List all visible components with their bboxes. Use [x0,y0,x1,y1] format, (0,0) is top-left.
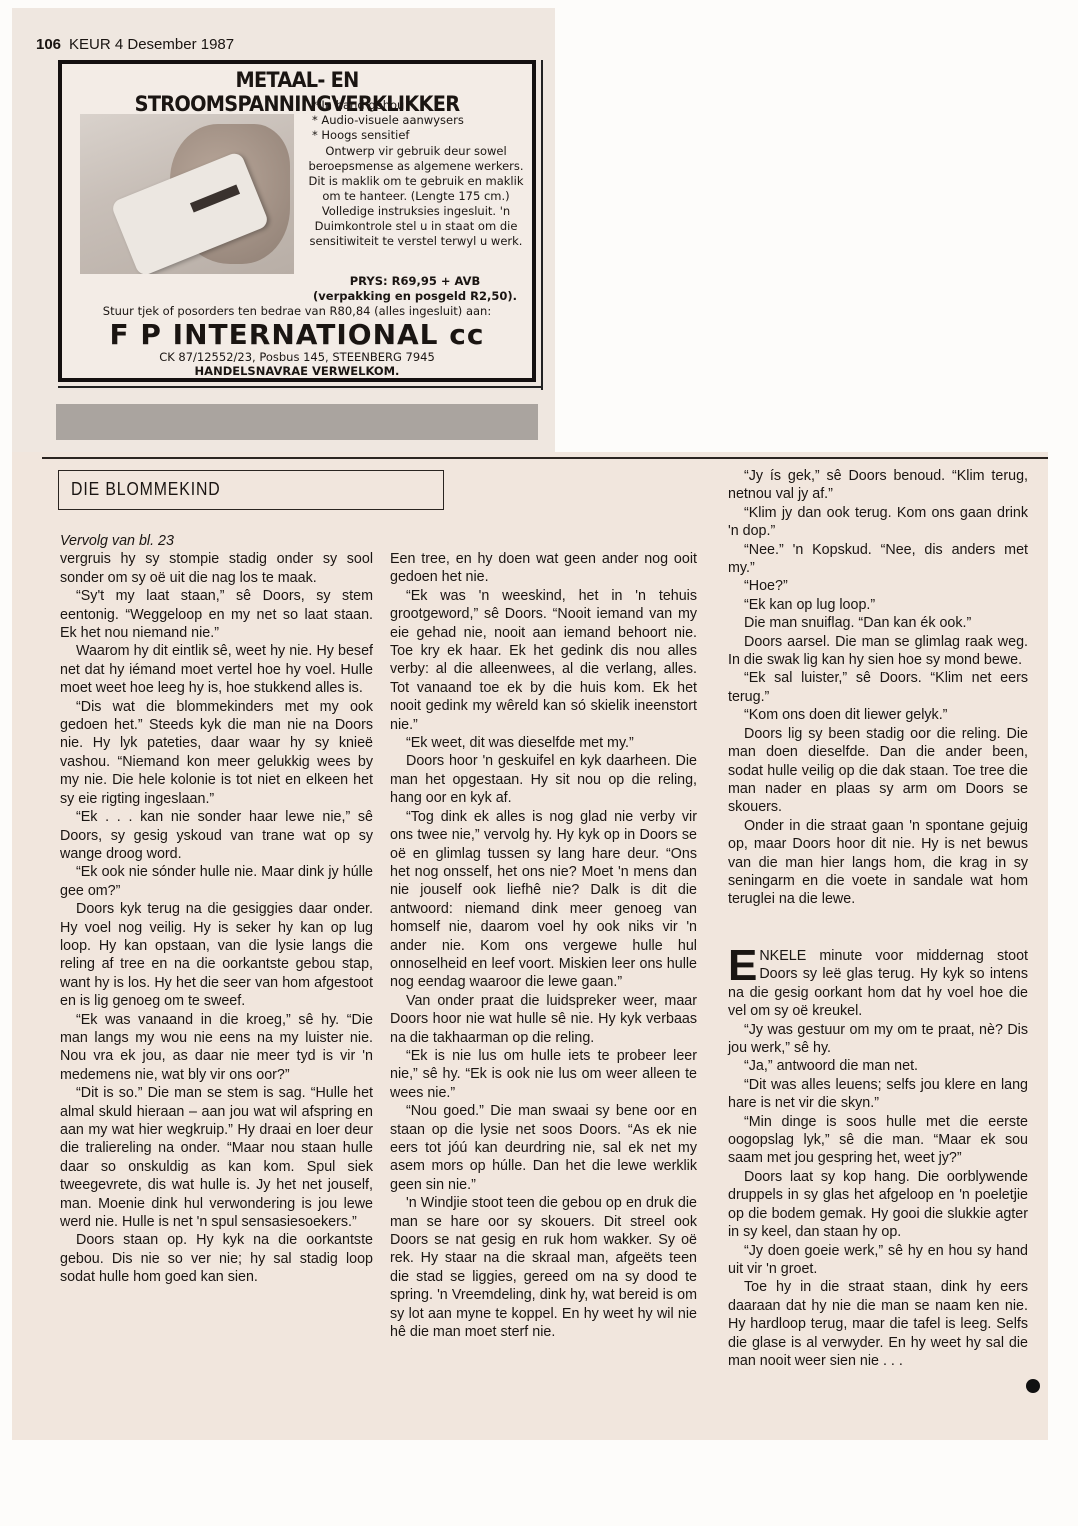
continued-from: Vervolg van bl. 23 [60,532,373,550]
story-column-2: Een tree, en hy doen wat geen ander nog … [390,550,697,1341]
drop-cap: E [728,949,757,983]
paragraph: “Ek was vanaand in die kroeg,” sê hy. “D… [60,1011,373,1085]
paragraph: “Ek . . . kan nie sonder haar lewe nie,”… [60,808,373,863]
ad-address: CK 87/12552/23, Posbus 145, STEENBERG 79… [62,350,532,364]
paragraph: “Ek was 'n weeskind, het in 'n tehuis gr… [390,587,697,734]
paragraph: Doors aarsel. Die man se glimlag raak we… [728,633,1028,670]
story-column-1: Vervolg van bl. 23 vergruis hy sy stompi… [60,532,373,1287]
story-column-3: “Jy ís gek,” sê Doors benoud. “Klim teru… [728,467,1028,909]
story-section-2: ENKELE minute voor middernag stoot Doors… [728,947,1028,1370]
paragraph: “Tog dink ek alles is nog glad nie verby… [390,808,697,992]
paragraph: “Ek kan op lug loop.” [728,596,1028,614]
paragraph: “Nou goed.” Die man swaai sy bene oor en… [390,1102,697,1194]
paragraph: “Ek weet, dit was dieselfde met my.” [390,734,697,752]
ad-border-rule [541,60,543,390]
ad-price: PRYS: R69,95 + AVB (verpakking en posgel… [292,274,538,304]
end-of-story-bullet-icon [1026,1379,1040,1393]
price-line: PRYS: R69,95 + AVB [292,274,538,289]
paragraph: “Ek is nie lus om hulle iets te probeer … [390,1047,697,1102]
paragraph: “Hoe?” [728,577,1028,595]
paragraph: Doors laat sy kop hang. Die oorblywende … [728,1168,1028,1242]
section-divider [42,457,1048,459]
paragraph: “Nee.” 'n Kopskud. “Nee, dis anders met … [728,541,1028,578]
ad-order-text: Stuur tjek of posorders ten bedrae van R… [62,304,532,318]
story-title-box: DIE BLOMMEKIND [58,470,444,510]
ad-trade-note: HANDELSNAVRAE VERWELKOM. [62,364,532,378]
paragraph: “Ek sal luister,” sê Doors. “Klim net ee… [728,669,1028,706]
product-photo [80,114,294,274]
publication-date: KEUR 4 Desember 1987 [69,36,234,53]
paragraph: “Klim jy dan ook terug. Kom ons gaan dri… [728,504,1028,541]
page-header: 106KEUR 4 Desember 1987 [36,36,234,53]
paragraph: Doors lig sy been stadig oor die reling.… [728,725,1028,817]
ad-company-name: F P INTERNATIONAL cc [62,318,532,351]
paragraph: Die man snuiflag. “Dan kan ék ook.” [728,614,1028,632]
paragraph: Toe hy in die straat staan, dink hy eers… [728,1278,1028,1370]
story-title: DIE BLOMMEKIND [71,479,221,500]
paragraph: Onder in die straat gaan 'n spontane gej… [728,817,1028,909]
paragraph: Doors staan op. Hy kyk na die oorkantste… [60,1231,373,1286]
paragraph: “Dit is so.” Die man se stem is sag. “Hu… [60,1084,373,1231]
paragraph: vergruis hy sy stompie stadig onder sy s… [60,550,373,587]
ad-border-rule [58,386,543,388]
advertisement: METAAL- EN STROOMSPANNINGVERKLIKKER * In… [58,60,536,382]
paragraph: “Jy ís gek,” sê Doors benoud. “Klim teru… [728,467,1028,504]
paragraph: Doors kyk terug na die gesiggies daar on… [60,900,373,1010]
paragraph: “Ja,” antwoord die man net. [728,1057,1028,1075]
paragraph: “Jy doen goeie werk,” sê hy en hou sy ha… [728,1242,1028,1279]
opening-text: NKELE minute voor middernag stoot Doors … [728,948,1028,1019]
postage-line: (verpakking en posgeld R2,50). [292,289,538,304]
paragraph: “Ek ook nie sónder hulle nie. Maar dink … [60,863,373,900]
ad-feature: * Hoogs sensitief [312,128,464,143]
ad-feature: * Audio-visuele aanwysers [312,113,464,128]
paragraph: Doors hoor 'n geskuifel en kyk daarheen.… [390,752,697,807]
paragraph: “Sy't my laat staan,” sê Doors, sy stem … [60,587,373,642]
ad-feature: * In hand gehou [312,98,464,113]
page-number: 106 [36,36,61,53]
paragraph: Een tree, en hy doen wat geen ander nog … [390,550,697,587]
ad-description: Ontwerp vir gebruik deur sowel beroepsme… [302,144,530,249]
paragraph: “Jy was gestuur om my om te praat, nè? D… [728,1021,1028,1058]
paragraph: Van onder praat die luidspreker weer, ma… [390,992,697,1047]
paragraph: Waarom hy dit eintlik sê, weet hy nie. H… [60,642,373,697]
paragraph: “Dis wat die blommekinders met my ook ge… [60,698,373,808]
paragraph: “Kom ons doen dit liewer gelyk.” [728,706,1028,724]
paragraph: “Min dinge is soos hulle met die eerste … [728,1113,1028,1168]
paragraph: 'n Windjie stoot teen die gebou op en dr… [390,1194,697,1341]
paragraph: “Dit was alles leuens; selfs jou klere e… [728,1076,1028,1113]
section-opening-paragraph: ENKELE minute voor middernag stoot Doors… [728,947,1028,1021]
grey-banner-bar [56,404,538,440]
ad-feature-list: * In hand gehou * Audio-visuele aanwyser… [312,98,464,143]
